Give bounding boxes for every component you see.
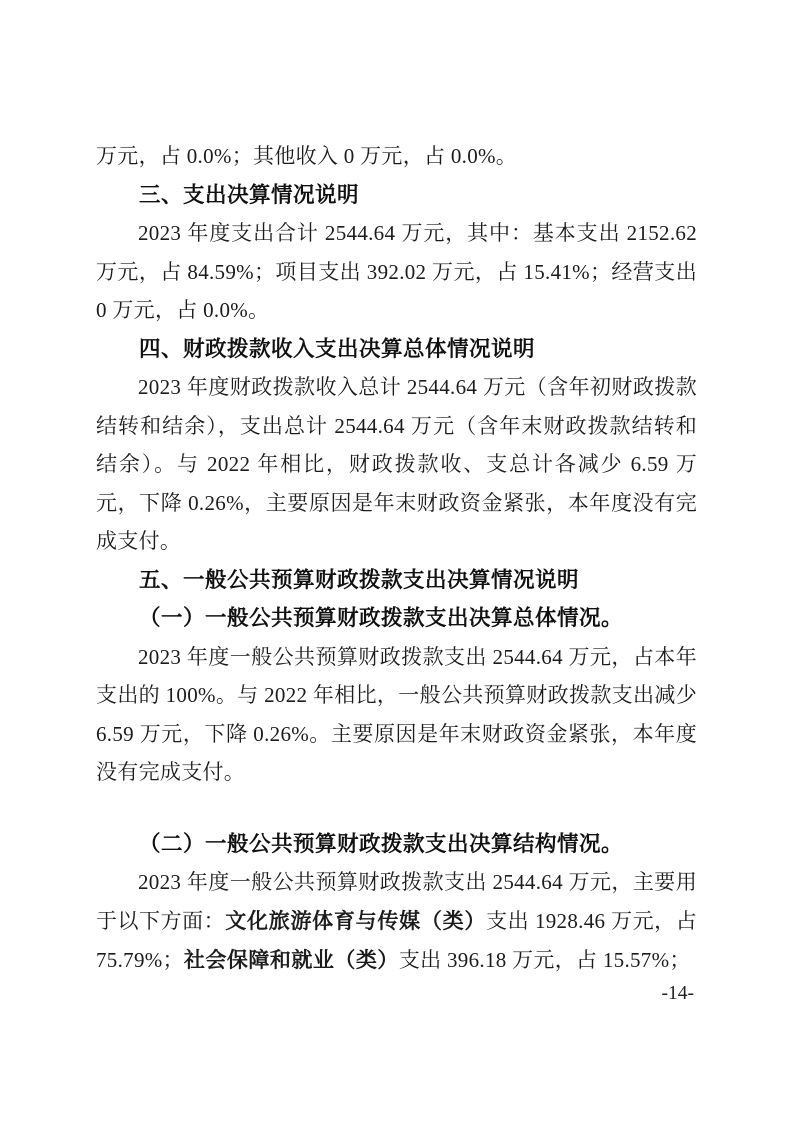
- paragraph-continuation-other-income: 万元，占 0.0%；其他收入 0 万元，占 0.0%。: [96, 137, 697, 176]
- expense-category-social-security-employment: 社会保障和就业（类）: [184, 949, 399, 972]
- section-heading-fiscal-appropriation-overview: 四、财政拨款收入支出决算总体情况说明: [96, 330, 697, 369]
- document-content: 万元，占 0.0%；其他收入 0 万元，占 0.0%。 三、支出决算情况说明 2…: [96, 137, 697, 981]
- text-segment-social-amount: 支出 396.18 万元，占 15.57%；: [399, 948, 691, 972]
- paragraph-general-budget-overall: 2023 年度一般公共预算财政拨款支出 2544.64 万元，占本年支出的 10…: [96, 638, 697, 792]
- section-heading-expenditure-final-accounts: 三、支出决算情况说明: [96, 176, 697, 215]
- section-heading-general-public-budget-expenditure: 五、一般公共预算财政拨款支出决算情况说明: [96, 561, 697, 600]
- expense-category-culture-tourism-sports-media: 文化旅游体育与传媒（类）: [225, 910, 486, 933]
- subsection-heading-structure-situation: （二）一般公共预算财政拨款支出决算结构情况。: [96, 825, 697, 864]
- paragraph-expenditure-structure: 2023 年度一般公共预算财政拨款支出 2544.64 万元，主要用于以下方面：…: [96, 863, 697, 981]
- subsection-heading-overall-situation: （一）一般公共预算财政拨款支出决算总体情况。: [96, 599, 697, 638]
- paragraph-expenditure-totals: 2023 年度支出合计 2544.64 万元，其中：基本支出 2152.62 万…: [96, 214, 697, 330]
- document-page: 万元，占 0.0%；其他收入 0 万元，占 0.0%。 三、支出决算情况说明 2…: [0, 0, 793, 1122]
- page-number: -14-: [662, 983, 695, 1005]
- paragraph-fiscal-appropriation-totals: 2023 年度财政拨款收入总计 2544.64 万元（含年初财政拨款结转和结余）…: [96, 368, 697, 561]
